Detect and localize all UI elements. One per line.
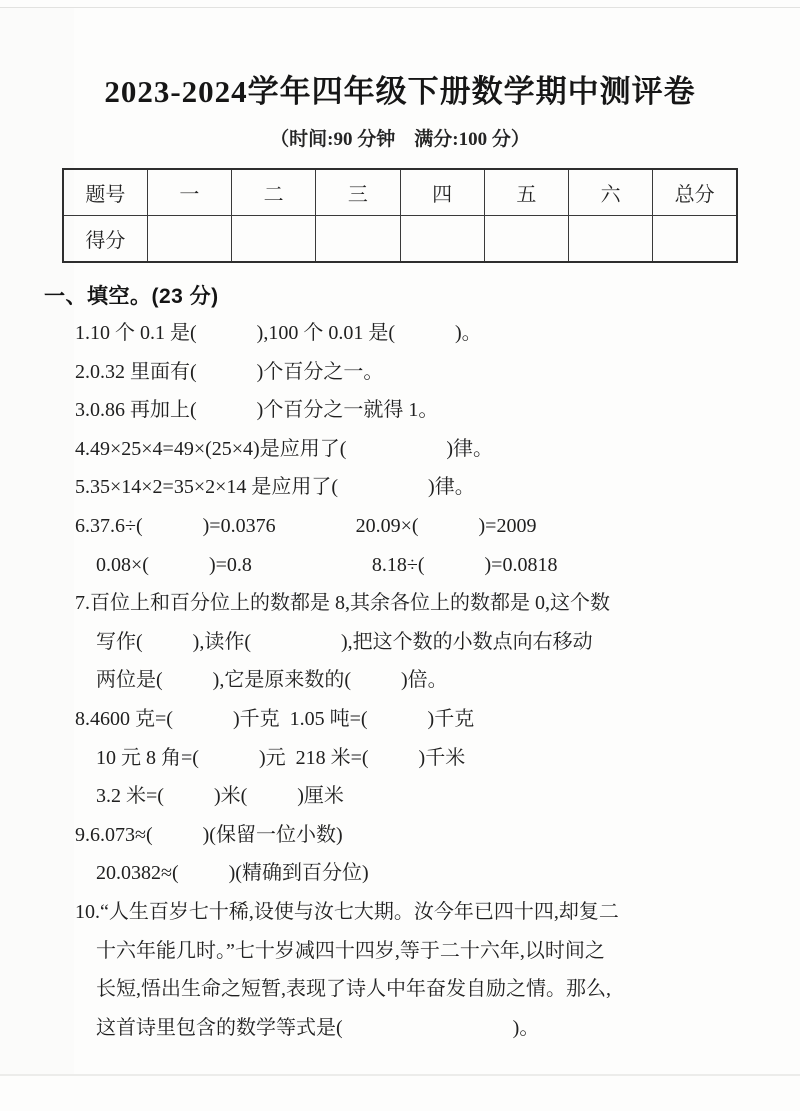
question-line: 0.08×( )=0.8 8.18÷( )=0.0818 (96, 546, 775, 585)
score-table-row-header: 题号 (63, 169, 147, 216)
question-line: 10 元 8 角=( )元 218 米=( )千米 (96, 739, 775, 778)
question-line: 6.37.6÷( )=0.0376 20.09×( )=2009 (75, 507, 775, 546)
question-8: 8.4600 克=( )千克 1.05 吨=( )千克10 元 8 角=( )元… (75, 700, 775, 816)
question-line: 1.10 个 0.1 是( ),100 个 0.01 是( )。 (75, 314, 775, 353)
question-6: 6.37.6÷( )=0.0376 20.09×( )=20090.08×( )… (75, 507, 775, 584)
question-1: 1.10 个 0.1 是( ),100 个 0.01 是( )。 (75, 314, 775, 353)
question-line: 10.“人生百岁七十稀,设使与汝七大期。汝今年已四十四,却复二 (75, 893, 775, 932)
score-table-score-row: 得分 (63, 216, 737, 263)
score-table-column-header: 一 (147, 169, 231, 216)
question-3: 3.0.86 再加上( )个百分之一就得 1。 (75, 391, 775, 430)
question-line: 写作( ),读作( ),把这个数的小数点向右移动 (96, 623, 775, 662)
score-table-score-cell (232, 216, 316, 263)
score-table-column-header: 总分 (653, 169, 737, 216)
question-line: 两位是( ),它是原来数的( )倍。 (96, 661, 775, 700)
score-table-score-cell (316, 216, 400, 263)
question-list: 1.10 个 0.1 是( ),100 个 0.01 是( )。2.0.32 里… (75, 314, 775, 1047)
score-table-column-header: 三 (316, 169, 400, 216)
question-line: 3.0.86 再加上( )个百分之一就得 1。 (75, 391, 775, 430)
score-table-score-cell (569, 216, 653, 263)
question-4: 4.49×25×4=49×(25×4)是应用了( )律。 (75, 430, 775, 469)
score-table-column-header: 二 (232, 169, 316, 216)
exam-page: 2023-2024学年四年级下册数学期中测评卷 （时间:90 分钟 满分:100… (0, 0, 800, 1111)
question-line: 3.2 米=( )米( )厘米 (96, 777, 775, 816)
score-table: 题号一二三四五六总分得分 (62, 168, 738, 263)
page-title: 2023-2024学年四年级下册数学期中测评卷 (0, 0, 800, 111)
question-line: 4.49×25×4=49×(25×4)是应用了( )律。 (75, 430, 775, 469)
score-table-column-header: 五 (484, 169, 568, 216)
question-7: 7.百位上和百分位上的数都是 8,其余各位上的数都是 0,这个数写作( ),读作… (75, 584, 775, 700)
score-table-score-cell (147, 216, 231, 263)
question-line: 这首诗里包含的数学等式是( )。 (96, 1009, 775, 1048)
question-line: 十六年能几时。”七十岁减四十四岁,等于二十六年,以时间之 (96, 932, 775, 971)
score-table-score-cell (400, 216, 484, 263)
question-line: 20.0382≈( )(精确到百分位) (96, 854, 775, 893)
score-table-score-cell (653, 216, 737, 263)
question-line: 7.百位上和百分位上的数都是 8,其余各位上的数都是 0,这个数 (75, 584, 775, 623)
page-content: 2023-2024学年四年级下册数学期中测评卷 （时间:90 分钟 满分:100… (0, 0, 800, 1047)
score-table-score-cell (484, 216, 568, 263)
scan-bottom-edge (0, 1074, 800, 1076)
question-line: 长短,悟出生命之短暂,表现了诗人中年奋发自励之情。那么, (96, 970, 775, 1009)
score-table-column-header: 四 (400, 169, 484, 216)
question-line: 9.6.073≈( )(保留一位小数) (75, 816, 775, 855)
question-2: 2.0.32 里面有( )个百分之一。 (75, 353, 775, 392)
question-line: 5.35×14×2=35×2×14 是应用了( )律。 (75, 468, 775, 507)
score-table-column-header: 六 (569, 169, 653, 216)
question-line: 2.0.32 里面有( )个百分之一。 (75, 353, 775, 392)
score-table-score-header: 得分 (63, 216, 147, 263)
question-5: 5.35×14×2=35×2×14 是应用了( )律。 (75, 468, 775, 507)
question-line: 8.4600 克=( )千克 1.05 吨=( )千克 (75, 700, 775, 739)
page-subtitle: （时间:90 分钟 满分:100 分） (0, 124, 800, 151)
question-9: 9.6.073≈( )(保留一位小数)20.0382≈( )(精确到百分位) (75, 816, 775, 893)
question-10: 10.“人生百岁七十稀,设使与汝七大期。汝今年已四十四,却复二十六年能几时。”七… (75, 893, 775, 1047)
score-table-header-row: 题号一二三四五六总分 (63, 169, 737, 216)
section-heading: 一、填空。(23 分) (44, 280, 800, 310)
